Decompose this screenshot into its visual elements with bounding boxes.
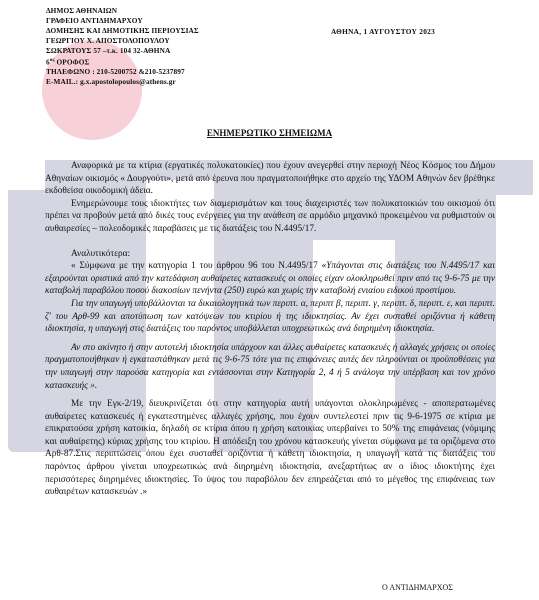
category-1-intro: « Σύμφωνα με την κατηγορία 1 του άρθρου … bbox=[71, 261, 326, 271]
letterhead-phone: ΤΗΛΕΦΩΝΟ : 210-5200752 &210-5237897 bbox=[46, 67, 199, 77]
paragraph-intro: Αναφορικά με τα κτίρια (εργατικές πολυκα… bbox=[45, 160, 495, 198]
paragraph-notice: Ενημερώνουμε τους ιδιοκτήτες των διαμερι… bbox=[45, 198, 495, 236]
letterhead-line: ΓΡΑΦΕΙΟ ΑΝΤΙΔΗΜΑΡΧΟΥ bbox=[46, 16, 199, 26]
watermark-gap bbox=[0, 150, 8, 470]
letterhead-email: E-MAIL.: g.x.apostolopoulos@athens.gr bbox=[46, 77, 199, 87]
watermark-gap bbox=[496, 195, 539, 452]
paragraph-category-1: « Σύμφωνα με την κατηγορία 1 του άρθρου … bbox=[45, 260, 495, 298]
floor-suffix: ος bbox=[50, 58, 55, 63]
document-body: Αναφορικά με τα κτίρια (εργατικές πολυκα… bbox=[45, 160, 495, 499]
document-date: ΑΘΗΝΑ, 1 ΑΥΓΟΥΣΤΟΥ 2023 bbox=[331, 27, 435, 36]
letterhead-line: ΓΕΩΡΓΙΟΥ Χ. ΑΠΟΣΤΟΛΟΠΟΥΛΟΥ bbox=[46, 36, 199, 46]
paragraph-circular: Με την Εγκ-2/19, διευκρινίζεται ότι στην… bbox=[45, 398, 495, 499]
document-title: ΕΝΗΜΕΡΩΤΙΚΟ ΣΗΜΕΙΩΜΑ bbox=[0, 128, 539, 138]
letterhead-line: ΔΗΜΟΣ ΑΘΗΝΑΙΩΝ bbox=[46, 6, 199, 16]
paragraph-details-label: Αναλυτικότερα: bbox=[45, 248, 495, 261]
letterhead-line: ΔΟΜΗΣΗΣ ΚΑΙ ΔΗΜΟΤΙΚΗΣ ΠΕΡΙΟΥΣΙΑΣ bbox=[46, 26, 199, 36]
letterhead-floor: 6ος ΟΡΟΦΟΣ bbox=[46, 56, 199, 67]
watermark-gap bbox=[8, 160, 45, 190]
floor-label: ΟΡΟΦΟΣ bbox=[57, 57, 90, 66]
paragraph-documents: Για την υπαγωγή υποβάλλονται τα δικαιολο… bbox=[45, 298, 495, 336]
paragraph-other-violations: Αν στο ακίνητο ή στην αυτοτελή ιδιοκτησί… bbox=[45, 342, 495, 392]
letterhead-address: ΣΩΚΡΑΤΟΥΣ 57 –τ.κ. 104 32-ΑΘΗΝΑ bbox=[46, 46, 199, 56]
signature: Ο ΑΝΤΙΔΗΜΑΡΧΟΣ bbox=[382, 583, 453, 592]
letterhead: ΔΗΜΟΣ ΑΘΗΝΑΙΩΝ ΓΡΑΦΕΙΟ ΑΝΤΙΔΗΜΑΡΧΟΥ ΔΟΜΗ… bbox=[46, 6, 199, 87]
